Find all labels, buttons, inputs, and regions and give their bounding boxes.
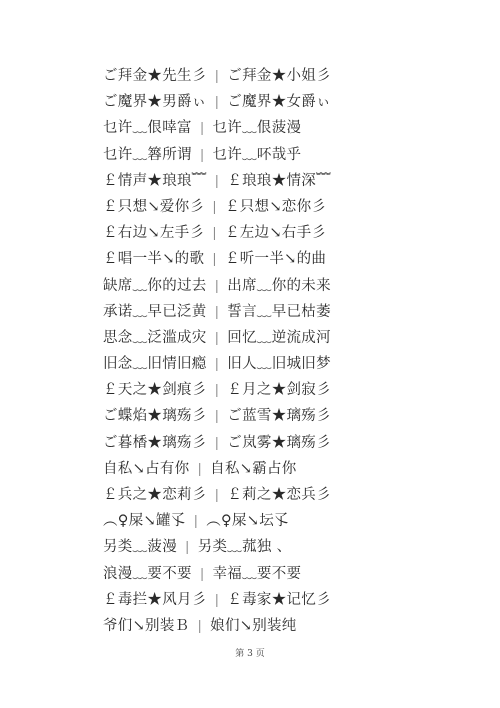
separator: |	[215, 95, 220, 110]
nickname-left: 浪漫﹏要不要	[103, 566, 192, 582]
nickname-right: ￡听一半↘的曲	[225, 251, 326, 267]
nickname-right: 回忆﹏逆流成河	[227, 330, 331, 346]
nickname-pair-line: ￡天之★剑痕彡|￡月之★剑寂彡	[103, 377, 331, 403]
nickname-right: 出席﹏你的未来	[227, 278, 331, 294]
nickname-left: ご蝶焰★璃殇彡	[103, 408, 207, 424]
nickname-right: 自私↘霸占你	[210, 461, 296, 477]
nickname-left: 缺席﹏你的过去	[103, 278, 207, 294]
nickname-left: ￡右边↘左手彡	[103, 225, 204, 241]
nickname-left: 爷们↘别装Ｂ	[103, 618, 189, 634]
separator: |	[215, 357, 220, 372]
document-page: ご拜金★先生彡|ご拜金★小姐彡ご魔界★男爵ぃ|ご魔界★女爵ぃ乜许﹏佷啈富|乜许﹏…	[0, 0, 500, 708]
nickname-left: ︵♀屎↘罐孓	[103, 513, 186, 529]
nickname-pair-line: ￡情声★琅琅﹌|￡琅琅★情深﹌	[103, 168, 331, 194]
nickname-right: ご岚雾★璃殇彡	[227, 435, 331, 451]
nickname-pair-line: ご蝶焰★璃殇彡|ご蓝雪★璃殇彡	[103, 403, 331, 429]
nickname-right: ￡毒家★记忆彡	[227, 592, 331, 608]
nickname-right: ￡琅琅★情深﹌	[227, 173, 331, 189]
nickname-right: 娘们↘别装纯	[210, 618, 296, 634]
nickname-right: ︵♀屎↘坛孓	[206, 513, 289, 529]
nickname-right: 幸福﹏要不要	[213, 566, 302, 582]
nickname-left: 承诺﹏早已泛黄	[103, 304, 207, 320]
nickname-right: 誓言﹏早已枯萎	[227, 304, 331, 320]
page-number: 第 3 页	[0, 646, 500, 659]
separator: |	[197, 619, 202, 634]
nickname-pair-line: ￡兵之★恋莉彡|￡莉之★恋兵彡	[103, 482, 331, 508]
nickname-pair-line: 乜许﹏佷啈富|乜许﹏佷菠漫	[103, 115, 331, 141]
separator: |	[194, 514, 199, 529]
nickname-left: ￡唱一半↘的歌	[103, 251, 204, 267]
nickname-pair-line: ご魔界★男爵ぃ|ご魔界★女爵ぃ	[103, 89, 331, 115]
nickname-pair-line: 另类﹏菠漫|另类﹏菰独 、	[103, 534, 331, 560]
nickname-left: 旧念﹏旧情旧瘾	[103, 356, 207, 372]
nickname-pair-line: ご拜金★先生彡|ご拜金★小姐彡	[103, 63, 331, 89]
nickname-right: ご蓝雪★璃殇彡	[227, 408, 331, 424]
nickname-pair-line: 承诺﹏早已泛黄|誓言﹏早已枯萎	[103, 299, 331, 325]
nickname-left: ご魔界★男爵ぃ	[103, 94, 207, 110]
separator: |	[215, 305, 220, 320]
nickname-left: 乜许﹏簭所谓	[103, 147, 192, 163]
separator: |	[200, 148, 205, 163]
separator: |	[212, 200, 217, 215]
nickname-left: ご拜金★先生彡	[103, 68, 207, 84]
nickname-left: ￡毒拦★风月彡	[103, 592, 207, 608]
separator: |	[215, 409, 220, 424]
separator: |	[212, 226, 217, 241]
nickname-pair-line: 爷们↘别装Ｂ|娘们↘别装纯	[103, 613, 331, 639]
nickname-pair-line: ︵♀屎↘罐孓|︵♀屎↘坛孓	[103, 508, 331, 534]
nickname-left: ￡只想↘爱你彡	[103, 199, 204, 215]
nickname-right: 另类﹏菰独 、	[198, 539, 292, 555]
nickname-left: 乜许﹏佷啈富	[103, 120, 192, 136]
nickname-pair-line: ご暮楿★璃殇彡|ご岚雾★璃殇彡	[103, 430, 331, 456]
nickname-left: ￡天之★剑痕彡	[103, 382, 207, 398]
separator: |	[200, 121, 205, 136]
nickname-right: ￡月之★剑寂彡	[227, 382, 331, 398]
nickname-right: ￡左边↘右手彡	[225, 225, 326, 241]
separator: |	[200, 567, 205, 582]
nickname-right: ご魔界★女爵ぃ	[227, 94, 331, 110]
nickname-list: ご拜金★先生彡|ご拜金★小姐彡ご魔界★男爵ぃ|ご魔界★女爵ぃ乜许﹏佷啈富|乜许﹏…	[103, 63, 331, 639]
nickname-left: 思念﹏泛滥成灾	[103, 330, 207, 346]
nickname-right: ご拜金★小姐彡	[227, 68, 331, 84]
nickname-pair-line: 浪漫﹏要不要|幸福﹏要不要	[103, 561, 331, 587]
nickname-pair-line: 乜许﹏簭所谓|乜许﹏吥哉乎	[103, 142, 331, 168]
separator: |	[185, 540, 190, 555]
nickname-right: ￡只想↘恋你彡	[225, 199, 326, 215]
separator: |	[215, 279, 220, 294]
separator: |	[197, 462, 202, 477]
separator: |	[215, 174, 220, 189]
separator: |	[212, 252, 217, 267]
nickname-left: ￡情声★琅琅﹌	[103, 173, 207, 189]
separator: |	[215, 488, 220, 503]
nickname-left: 另类﹏菠漫	[103, 539, 177, 555]
separator: |	[215, 383, 220, 398]
nickname-pair-line: 自私↘占有你|自私↘霸占你	[103, 456, 331, 482]
nickname-pair-line: ￡唱一半↘的歌|￡听一半↘的曲	[103, 246, 331, 272]
nickname-left: ご暮楿★璃殇彡	[103, 435, 207, 451]
nickname-pair-line: ￡只想↘爱你彡|￡只想↘恋你彡	[103, 194, 331, 220]
separator: |	[215, 593, 220, 608]
nickname-pair-line: 旧念﹏旧情旧瘾|旧人﹏旧城旧梦	[103, 351, 331, 377]
nickname-left: 自私↘占有你	[103, 461, 189, 477]
nickname-pair-line: ￡毒拦★风月彡|￡毒家★记忆彡	[103, 587, 331, 613]
nickname-pair-line: 思念﹏泛滥成灾|回忆﹏逆流成河	[103, 325, 331, 351]
nickname-left: ￡兵之★恋莉彡	[103, 487, 207, 503]
separator: |	[215, 331, 220, 346]
separator: |	[215, 436, 220, 451]
nickname-pair-line: 缺席﹏你的过去|出席﹏你的未来	[103, 273, 331, 299]
nickname-right: 乜许﹏吥哉乎	[213, 147, 302, 163]
separator: |	[215, 69, 220, 84]
nickname-right: 旧人﹏旧城旧梦	[227, 356, 331, 372]
nickname-pair-line: ￡右边↘左手彡|￡左边↘右手彡	[103, 220, 331, 246]
nickname-right: ￡莉之★恋兵彡	[227, 487, 331, 503]
nickname-right: 乜许﹏佷菠漫	[213, 120, 302, 136]
